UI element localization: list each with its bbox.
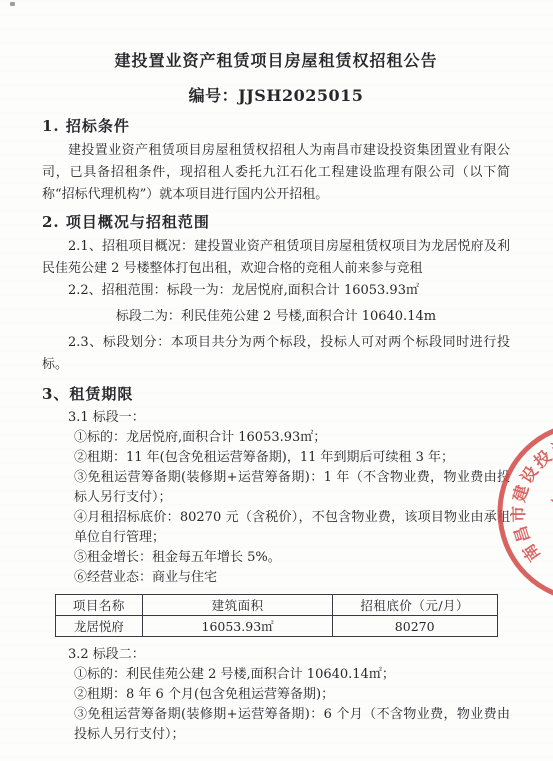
- scan-artifact-speck: [10, 2, 15, 6]
- section1-heading: 1. 招标条件: [42, 116, 510, 136]
- document-title: 建投置业资产租赁项目房屋租赁权招租公告: [42, 50, 510, 72]
- section2-item-2-3: 2.3、标段划分：本项目共分为两个标段，投标人可对两个标段同时进行投标。: [42, 332, 510, 376]
- document-page: 建投置业资产租赁项目房屋租赁权招租公告 编号：JJSH2025015 1. 招标…: [0, 0, 553, 761]
- lease-item: ④月租招标底价：80270 元（含税价），不包含物业费，该项目物业由承租单位自行…: [74, 508, 510, 548]
- section3-heading: 3、租赁期限: [42, 384, 510, 404]
- lease-item: ③免租运营筹备期(装修期+运营筹备期)：6 个月（不含物业费，物业费由投标人另行…: [74, 705, 510, 745]
- document-number: 编号：JJSH2025015: [42, 84, 510, 108]
- lease-item: ②租期：11 年(包含免租运营筹备期)，11 年到期后可续租 3 年；: [74, 448, 510, 468]
- table-cell-base-price: 80270: [332, 616, 497, 637]
- lease-price-table: 项目名称 建筑面积 招租底价（元/月） 龙居悦府 16053.93㎡ 80270: [55, 594, 498, 637]
- table-header-row: 项目名称 建筑面积 招租底价（元/月）: [55, 595, 497, 616]
- table-header-building-area: 建筑面积: [143, 595, 333, 616]
- table-header-project-name: 项目名称: [55, 595, 143, 616]
- section2-item-2-2: 2.2、招租范围：标段一为：龙居悦府,面积合计 16053.93㎡: [42, 280, 510, 302]
- section3-sub32-items: ①标的：利民佳苑公建 2 号楼,面积合计 10640.14㎡； ②租期：8 年 …: [42, 665, 510, 745]
- section3-sub31-items: ①标的：龙居悦府,面积合计 16053.93㎡； ②租期：11 年(包含免租运营…: [42, 428, 510, 588]
- lease-item: ③免租运营筹备期(装修期+运营筹备期)：1 年（不含物业费，物业费由投标人另行支…: [74, 468, 510, 508]
- seal-arc-text: 南昌市建设投资集团置业有限公司: [508, 431, 553, 565]
- section2-item-2-2b: 标段二为：利民佳苑公建 2 号楼,面积合计 10640.14m: [42, 306, 510, 328]
- section3-sub31-label: 3.1 标段一：: [42, 408, 510, 428]
- table-header-base-price: 招租底价（元/月）: [332, 595, 497, 616]
- lease-item: ②租期：8 年 6 个月(包含免租运营筹备期)；: [74, 685, 510, 705]
- section3-sub32-label: 3.2 标段二：: [42, 645, 510, 665]
- table-cell-project-name: 龙居悦府: [55, 616, 143, 637]
- table-row: 龙居悦府 16053.93㎡ 80270: [55, 616, 497, 637]
- lease-item: ①标的：利民佳苑公建 2 号楼,面积合计 10640.14㎡；: [74, 665, 510, 685]
- section2-heading: 2. 项目概况与招租范围: [42, 212, 510, 232]
- lease-item: ⑥经营业态：商业与住宅: [74, 568, 510, 588]
- table-cell-building-area: 16053.93㎡: [143, 616, 333, 637]
- section1-body: 建投置业资产租赁项目房屋租赁权招租人为南昌市建设投资集团置业有限公司，已具备招租…: [42, 140, 510, 206]
- section2-item-2-1: 2.1、招租项目概况：建投置业资产租赁项目房屋租赁权项目为龙居悦府及利民佳苑公建…: [42, 236, 510, 280]
- lease-item: ⑤租金增长：租金每五年增长 5%。: [74, 548, 510, 568]
- lease-item: ①标的：龙居悦府,面积合计 16053.93㎡；: [74, 428, 510, 448]
